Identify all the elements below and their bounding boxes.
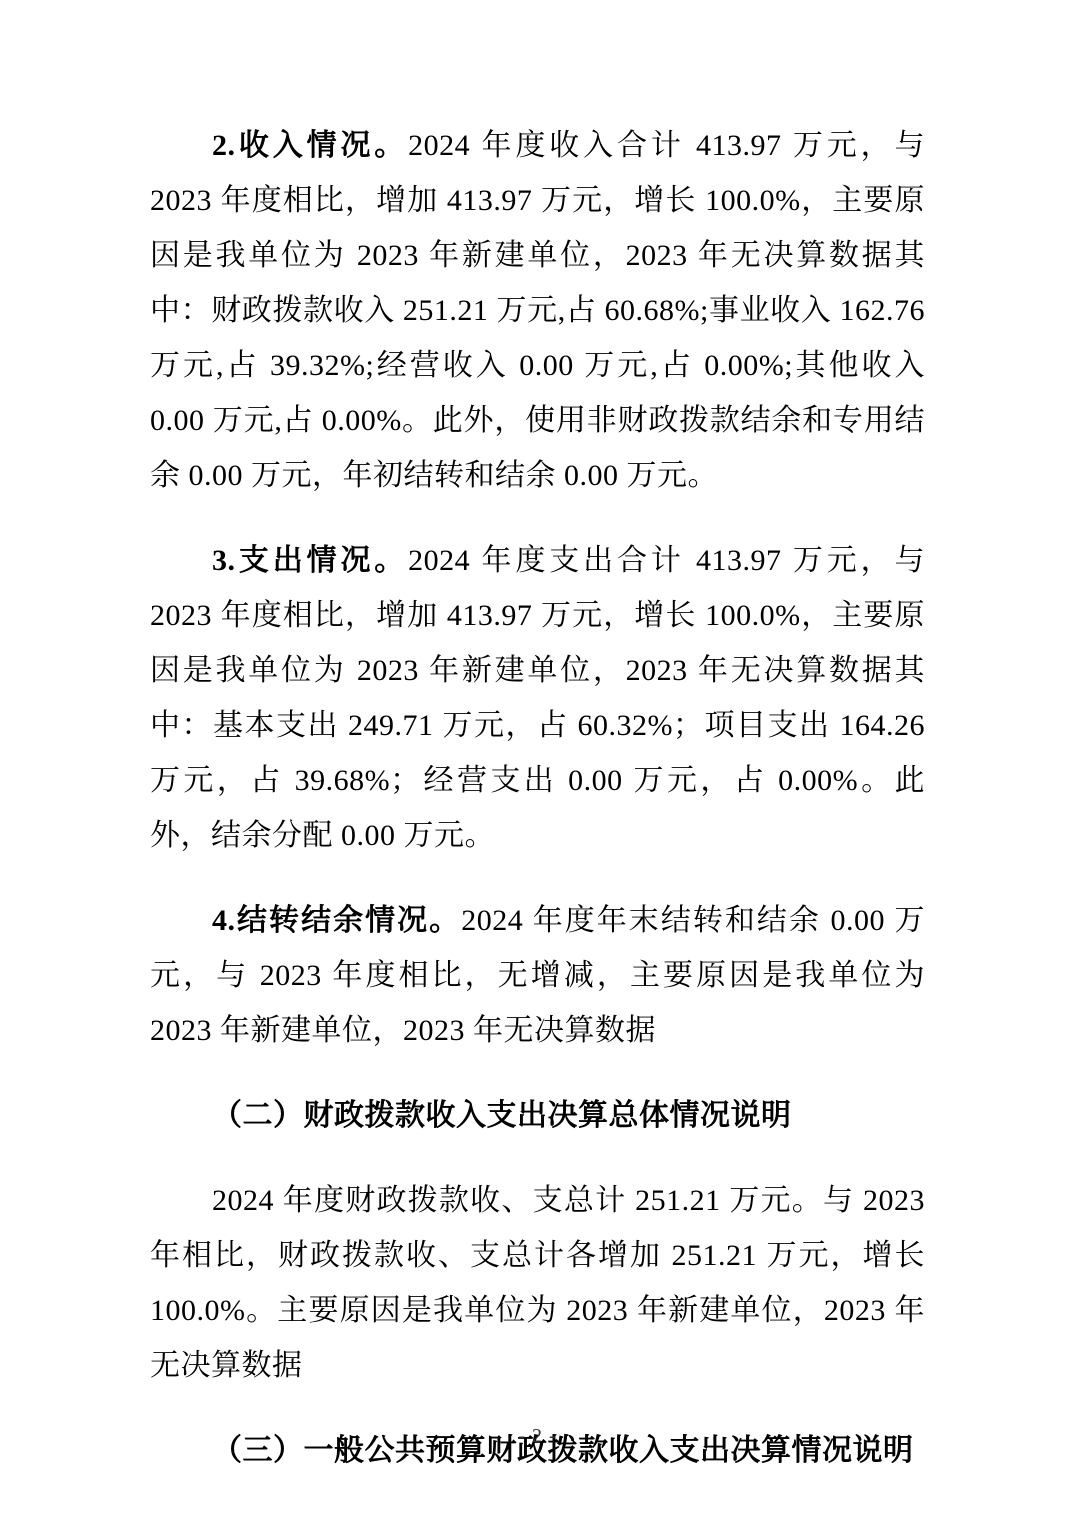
paragraph-fiscal-total: 2024 年度财政拨款收、支总计 251.21 万元。与 2023 年相比，财政… — [150, 1173, 925, 1393]
section-heading-fiscal-appropriation: （二）财政拨款收入支出决算总体情况说明 — [150, 1088, 925, 1143]
paragraph-carryover-lead: 4.结转结余情况。 — [212, 904, 461, 937]
paragraph-expenditure-text: 2024 年度支出合计 413.97 万元，与 2023 年度相比，增加 413… — [150, 544, 925, 852]
document-page: 2.收入情况。2024 年度收入合计 413.97 万元，与 2023 年度相比… — [0, 0, 1075, 1520]
paragraph-expenditure-lead: 3.支出情况。 — [212, 544, 408, 577]
paragraph-carryover: 4.结转结余情况。2024 年度年末结转和结余 0.00 万元，与 2023 年… — [150, 893, 925, 1058]
paragraph-expenditure: 3.支出情况。2024 年度支出合计 413.97 万元，与 2023 年度相比… — [150, 533, 925, 863]
paragraph-income: 2.收入情况。2024 年度收入合计 413.97 万元，与 2023 年度相比… — [150, 118, 925, 503]
paragraph-income-lead: 2.收入情况。 — [212, 129, 408, 162]
paragraph-income-text: 2024 年度收入合计 413.97 万元，与 2023 年度相比，增加 413… — [150, 129, 925, 492]
page-number-footer: - 2 - — [0, 1425, 1075, 1448]
